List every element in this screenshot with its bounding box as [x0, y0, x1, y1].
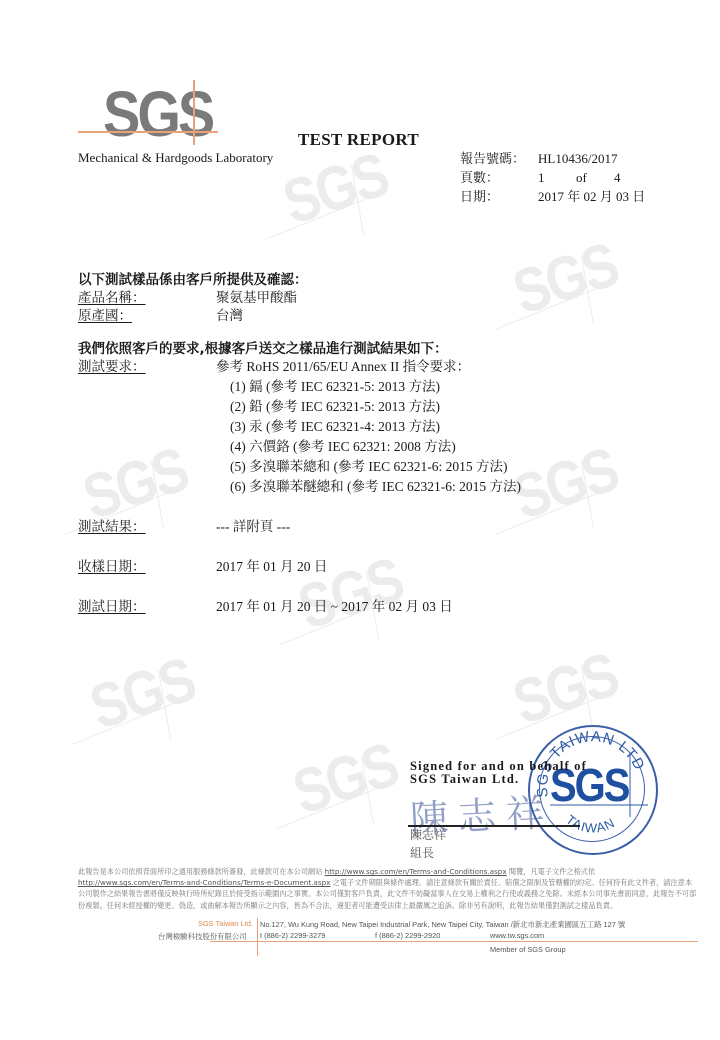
- date-label: 日期：: [460, 187, 538, 206]
- terms-link[interactable]: http://www.sgs.com/en/Terms-and-Conditio…: [325, 867, 507, 876]
- testing-date-label: 測試日期：: [78, 595, 146, 615]
- test-intro: 我們依照客戶的要求,根據客戶送交之樣品進行測試結果如下：: [78, 337, 448, 357]
- sgs-logo: SGS: [78, 80, 208, 150]
- logo-text: SGS: [103, 82, 212, 146]
- requirement: 參考 RoHS 2011/65/EU Annex II 指令要求：: [216, 355, 470, 375]
- test-item: (3) 汞 (參考 IEC 62321-4: 2013 方法): [230, 415, 440, 435]
- signed-line-2: SGS Taiwan Ltd.: [410, 773, 587, 786]
- company-address: No.127, Wu Kung Road, New Taipei Industr…: [260, 919, 625, 930]
- terms-disclaimer: 此報告是本公司依照背面所印之通用服務條款所簽發，此條款可在本公司網站 http:…: [78, 866, 698, 911]
- test-item: (5) 多溴聯苯總和 (參考 IEC 62321-6: 2015 方法): [230, 455, 507, 475]
- page-label: 頁數：: [460, 168, 538, 187]
- origin: 台灣: [216, 304, 243, 324]
- member-of-group: Member of SGS Group: [490, 945, 566, 954]
- watermark: SGS: [72, 670, 202, 750]
- received-date-label: 收樣日期：: [78, 555, 146, 575]
- watermark: SGS: [265, 165, 395, 245]
- page-of: of: [576, 168, 614, 187]
- requirement-label: 測試要求：: [78, 355, 146, 375]
- report-title: TEST REPORT: [298, 130, 419, 150]
- testing-date: 2017 年 01 月 20 日 ~ 2017 年 02 月 03 日: [216, 595, 453, 615]
- report-no: HL10436/2017: [538, 149, 617, 168]
- test-item: (6) 多溴聯苯醚總和 (參考 IEC 62321-6: 2015 方法): [230, 475, 521, 495]
- test-item: (1) 鎘 (參考 IEC 62321-5: 2013 方法): [230, 375, 440, 395]
- product-name: 聚氨基甲酸酯: [216, 286, 297, 306]
- footer-divider-vertical: [257, 918, 258, 956]
- company-fax: f (886-2) 2299-2920: [375, 931, 440, 940]
- watermark: SGS: [495, 460, 625, 540]
- company-website[interactable]: www.tw.sgs.com: [490, 931, 544, 940]
- watermark: SGS: [275, 755, 405, 835]
- page-total: 4: [614, 168, 621, 187]
- signed-for: Signed for and on behalf of SGS Taiwan L…: [410, 760, 587, 786]
- company-phone: t (886-2) 2299-3279: [260, 931, 325, 940]
- received-date: 2017 年 01 月 20 日: [216, 555, 327, 575]
- report-meta: 報告號碼：HL10436/2017 頁數： 1 of 4 日期：2017 年 0…: [460, 149, 645, 206]
- signatory-title: 組長: [410, 844, 446, 862]
- svg-text:TAIWAN: TAIWAN: [563, 812, 617, 836]
- page-current: 1: [538, 168, 576, 187]
- origin-label: 原產國：: [78, 304, 132, 324]
- product-name-label: 產品名稱：: [78, 286, 146, 306]
- result: --- 詳附頁 ---: [216, 515, 290, 535]
- signatory-name: 陳志祥: [410, 826, 446, 844]
- sample-intro: 以下測試樣品係由客戶所提供及確認：: [78, 268, 308, 288]
- report-date: 2017 年 02 月 03 日: [538, 187, 645, 206]
- signatory: 陳志祥 組長: [410, 826, 446, 862]
- result-label: 測試結果：: [78, 515, 146, 535]
- watermark: SGS: [495, 255, 625, 335]
- report-no-label: 報告號碼：: [460, 149, 538, 168]
- company-name-en: SGS Taiwan Ltd.: [198, 919, 253, 928]
- e-document-terms-link[interactable]: http://www.sgs.com/en/Terms-and-Conditio…: [78, 878, 330, 887]
- company-stamp: SGS TAIWAN LTD TAIWAN SGS: [528, 725, 658, 855]
- laboratory-name: Mechanical & Hardgoods Laboratory: [78, 150, 273, 166]
- test-item: (2) 鉛 (參考 IEC 62321-5: 2013 方法): [230, 395, 440, 415]
- footer-divider: [210, 941, 698, 942]
- test-item: (4) 六價鉻 (參考 IEC 62321: 2008 方法): [230, 435, 456, 455]
